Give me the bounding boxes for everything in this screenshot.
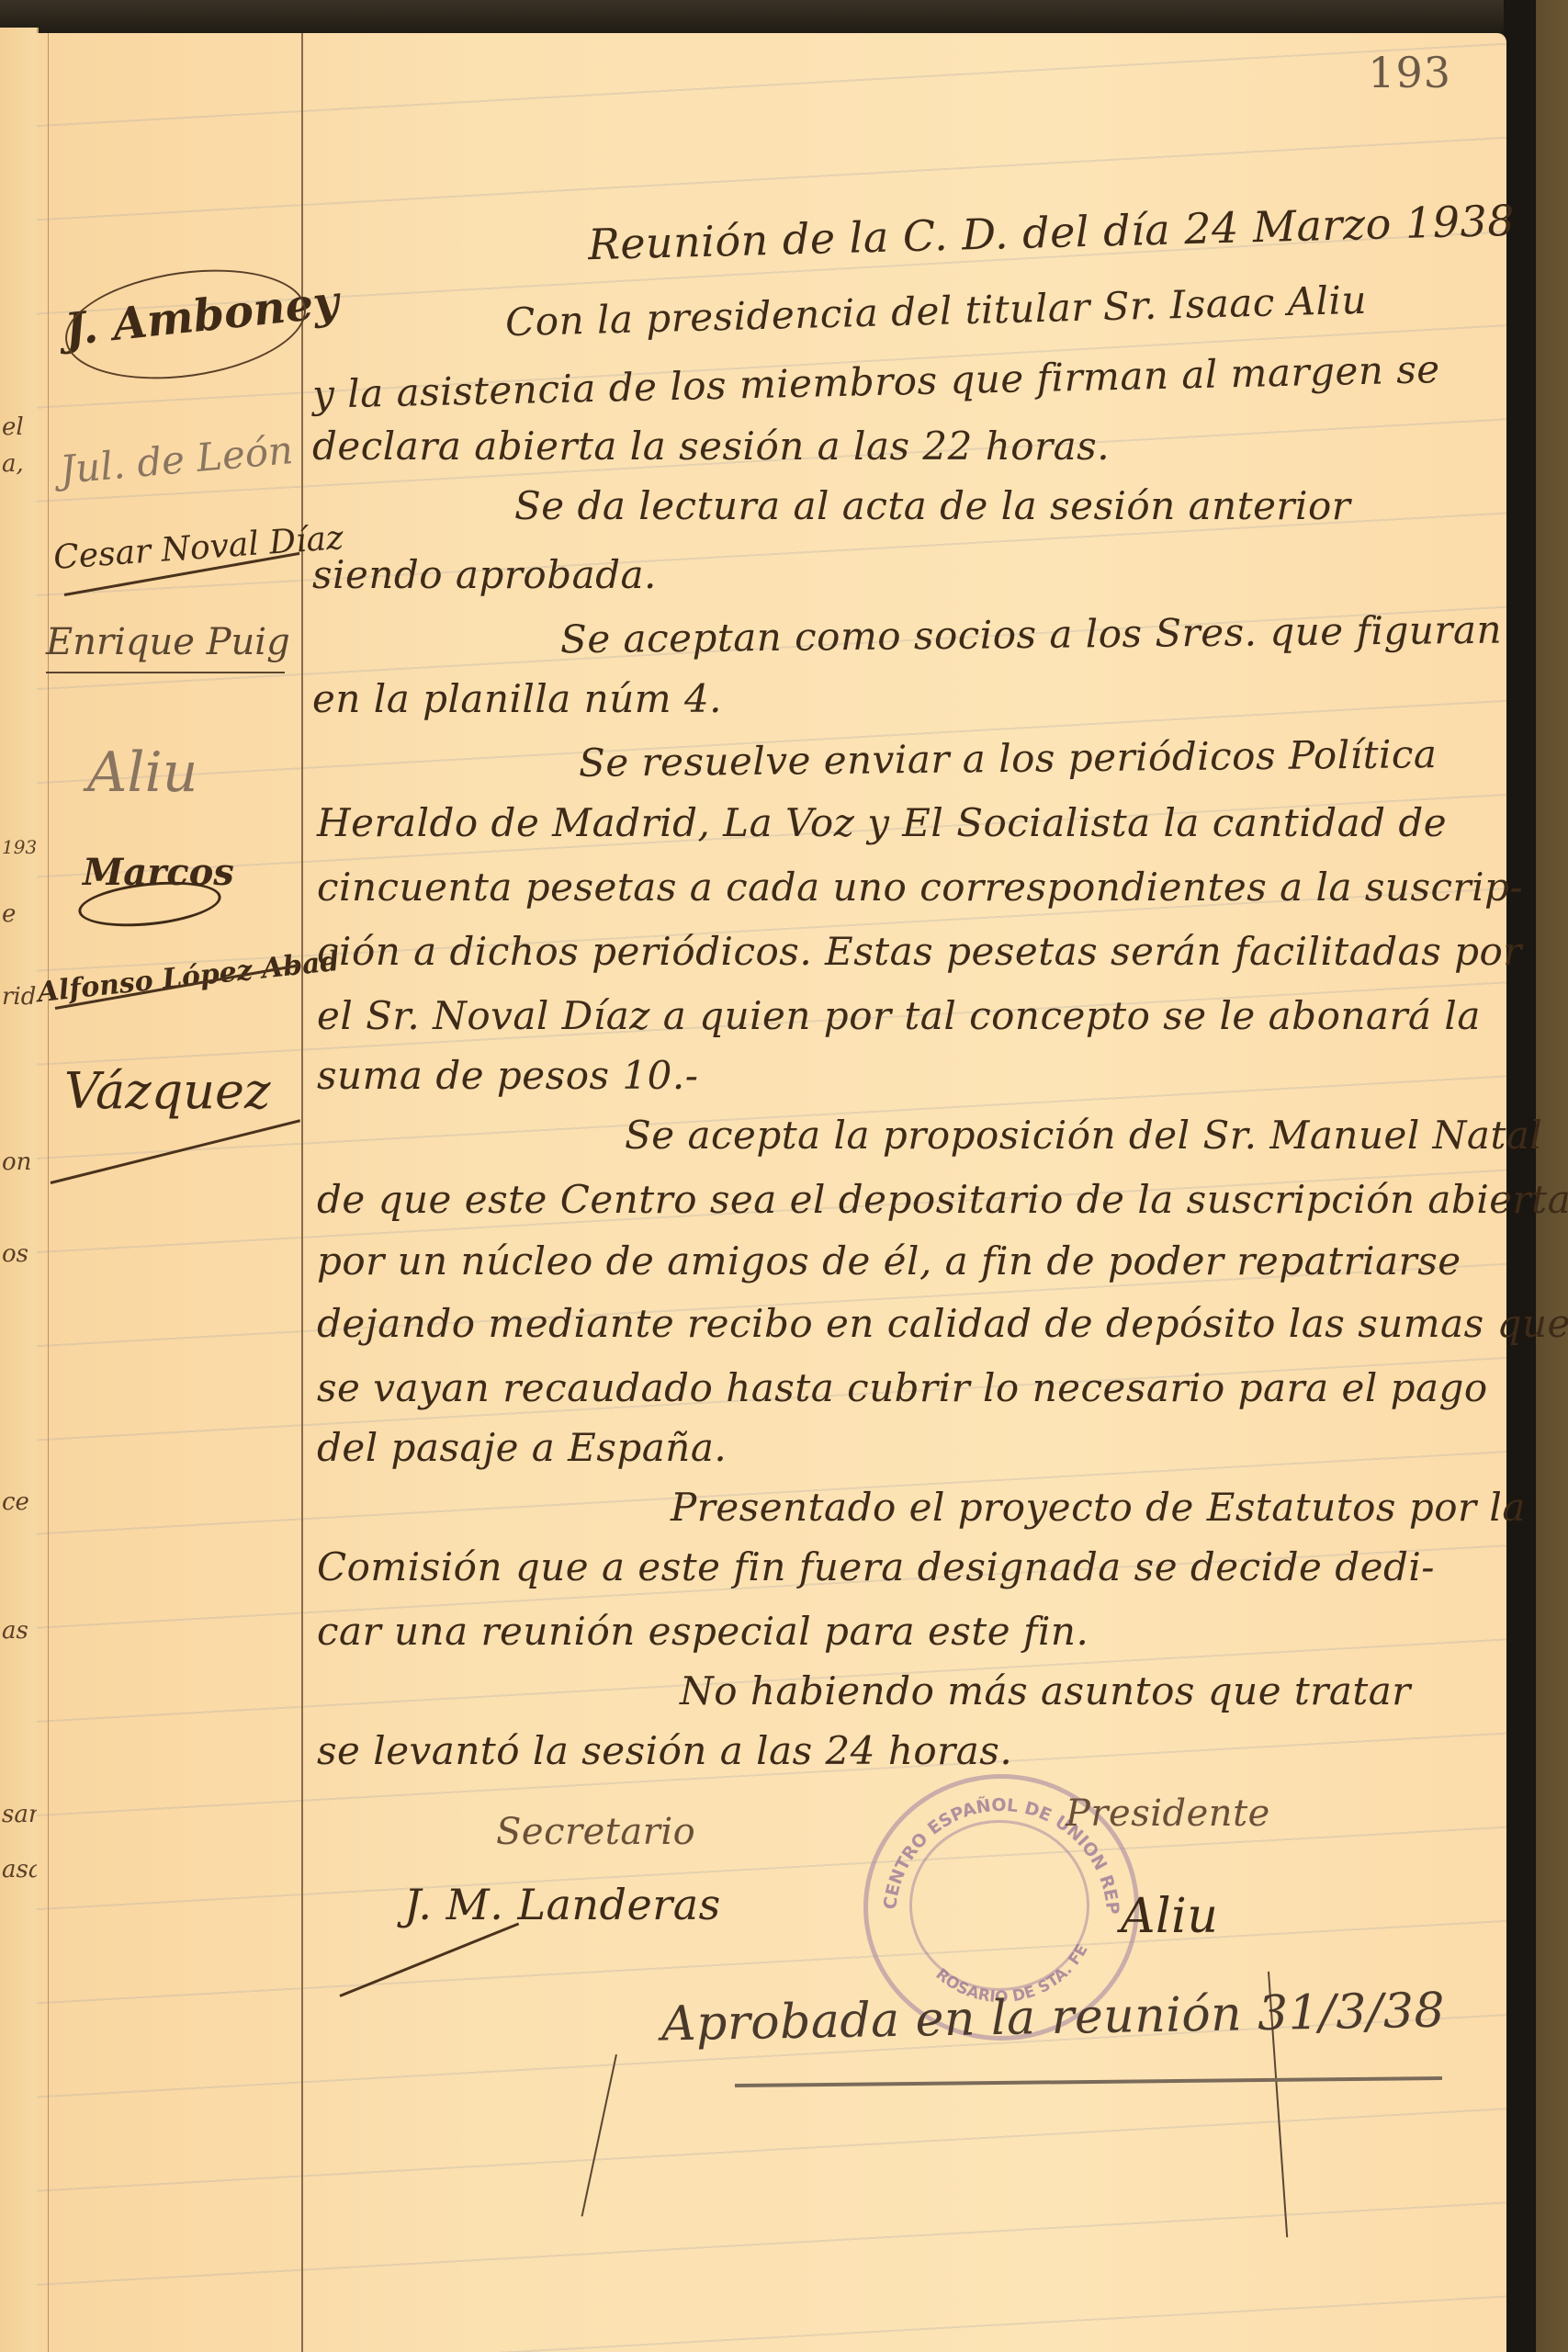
signature-underline xyxy=(46,672,285,673)
approval-flourish xyxy=(581,2054,617,2216)
approval-underline xyxy=(735,2076,1442,2087)
president-title: Presidente xyxy=(1066,1792,1270,1835)
prev-page-fragment: on xyxy=(2,1148,31,1176)
meeting-heading: Reunión de la C. D. del día 24 Marzo 193… xyxy=(587,196,1515,269)
prev-page-fragment: ce xyxy=(2,1488,29,1516)
minutes-line: Presentado el proyecto de Estatutos por … xyxy=(671,1485,1526,1530)
secretary-flourish xyxy=(339,1922,519,1996)
margin-rule xyxy=(301,33,303,2352)
page-number: 193 xyxy=(1368,48,1451,97)
minutes-line: se levantó la sesión a las 24 horas. xyxy=(317,1728,1012,1773)
minutes-line: Se resuelve enviar a los periódicos Polí… xyxy=(579,731,1438,786)
minutes-line: Se aceptan como socios a los Sres. que f… xyxy=(560,607,1503,662)
ledger-page: 193 J. Amboney Jul. de León Cesar Noval … xyxy=(37,33,1506,2352)
minutes-line: Se acepta la proposición del Sr. Manuel … xyxy=(625,1113,1542,1158)
signature-underline xyxy=(51,1119,300,1184)
prev-page-fragment: e xyxy=(2,900,16,928)
margin-signature: Alfonso López Abad xyxy=(36,945,341,1009)
minutes-line: del pasaje a España. xyxy=(317,1425,727,1470)
margin-signature: Enrique Puig xyxy=(46,621,290,663)
minutes-line: car una reunión especial para este fin. xyxy=(317,1609,1089,1654)
margin-signature: Aliu xyxy=(87,741,197,805)
minutes-line: Con la presidencia del titular Sr. Isaac… xyxy=(505,277,1368,345)
prev-page-fragment: as xyxy=(2,1617,28,1645)
minutes-line: se vayan recaudado hasta cubrir lo neces… xyxy=(317,1365,1488,1410)
margin-signature: Vázquez xyxy=(64,1062,270,1120)
minutes-line: Se da lectura al acta de la sesión anter… xyxy=(514,483,1350,528)
president-signature: Aliu xyxy=(1121,1889,1218,1944)
minutes-line: ción a dichos periódicos. Estas pesetas … xyxy=(317,929,1522,974)
minutes-line: el Sr. Noval Díaz a quien por tal concep… xyxy=(317,993,1481,1038)
minutes-line: y la asistencia de los miembros que firm… xyxy=(312,346,1440,417)
previous-page-edge: el a, 1938 e rid on os ce as sar- asa xyxy=(0,28,39,2352)
minutes-line: Heraldo de Madrid, La Voz y El Socialist… xyxy=(317,800,1447,845)
minutes-line: declara abierta la sesión a las 22 horas… xyxy=(312,424,1110,469)
minutes-line: por un núcleo de amigos de él, a fin de … xyxy=(317,1238,1461,1283)
minutes-line: siendo aprobada. xyxy=(312,552,657,597)
minutes-line: en la planilla núm 4. xyxy=(312,676,722,721)
minutes-line: suma de pesos 10.- xyxy=(317,1053,698,1098)
book-binding-top xyxy=(0,0,1568,37)
margin-signature: Jul. de León xyxy=(58,427,295,492)
minutes-line: cincuenta pesetas a cada uno correspondi… xyxy=(317,865,1523,910)
prev-page-fragment: a, xyxy=(2,450,24,478)
prev-page-fragment: os xyxy=(2,1240,28,1268)
secretary-signature: J. M. Landeras xyxy=(404,1880,721,1929)
book-binding-right xyxy=(1504,0,1568,2352)
minutes-line: dejando mediante recibo en calidad de de… xyxy=(317,1301,1568,1346)
minutes-line: Comisión que a este fin fuera designada … xyxy=(317,1544,1435,1589)
minutes-line: de que este Centro sea el depositario de… xyxy=(317,1177,1568,1222)
page-edge-line xyxy=(48,33,49,2352)
secretary-title: Secretario xyxy=(496,1811,695,1853)
signature-flourish-icon xyxy=(58,255,312,393)
prev-page-fragment: rid xyxy=(2,983,36,1011)
approval-note: Aprobada en la reunión 31/3/38 xyxy=(661,1984,1446,2052)
prev-page-fragment: el xyxy=(2,413,24,441)
minutes-line: No habiendo más asuntos que tratar xyxy=(680,1668,1411,1713)
